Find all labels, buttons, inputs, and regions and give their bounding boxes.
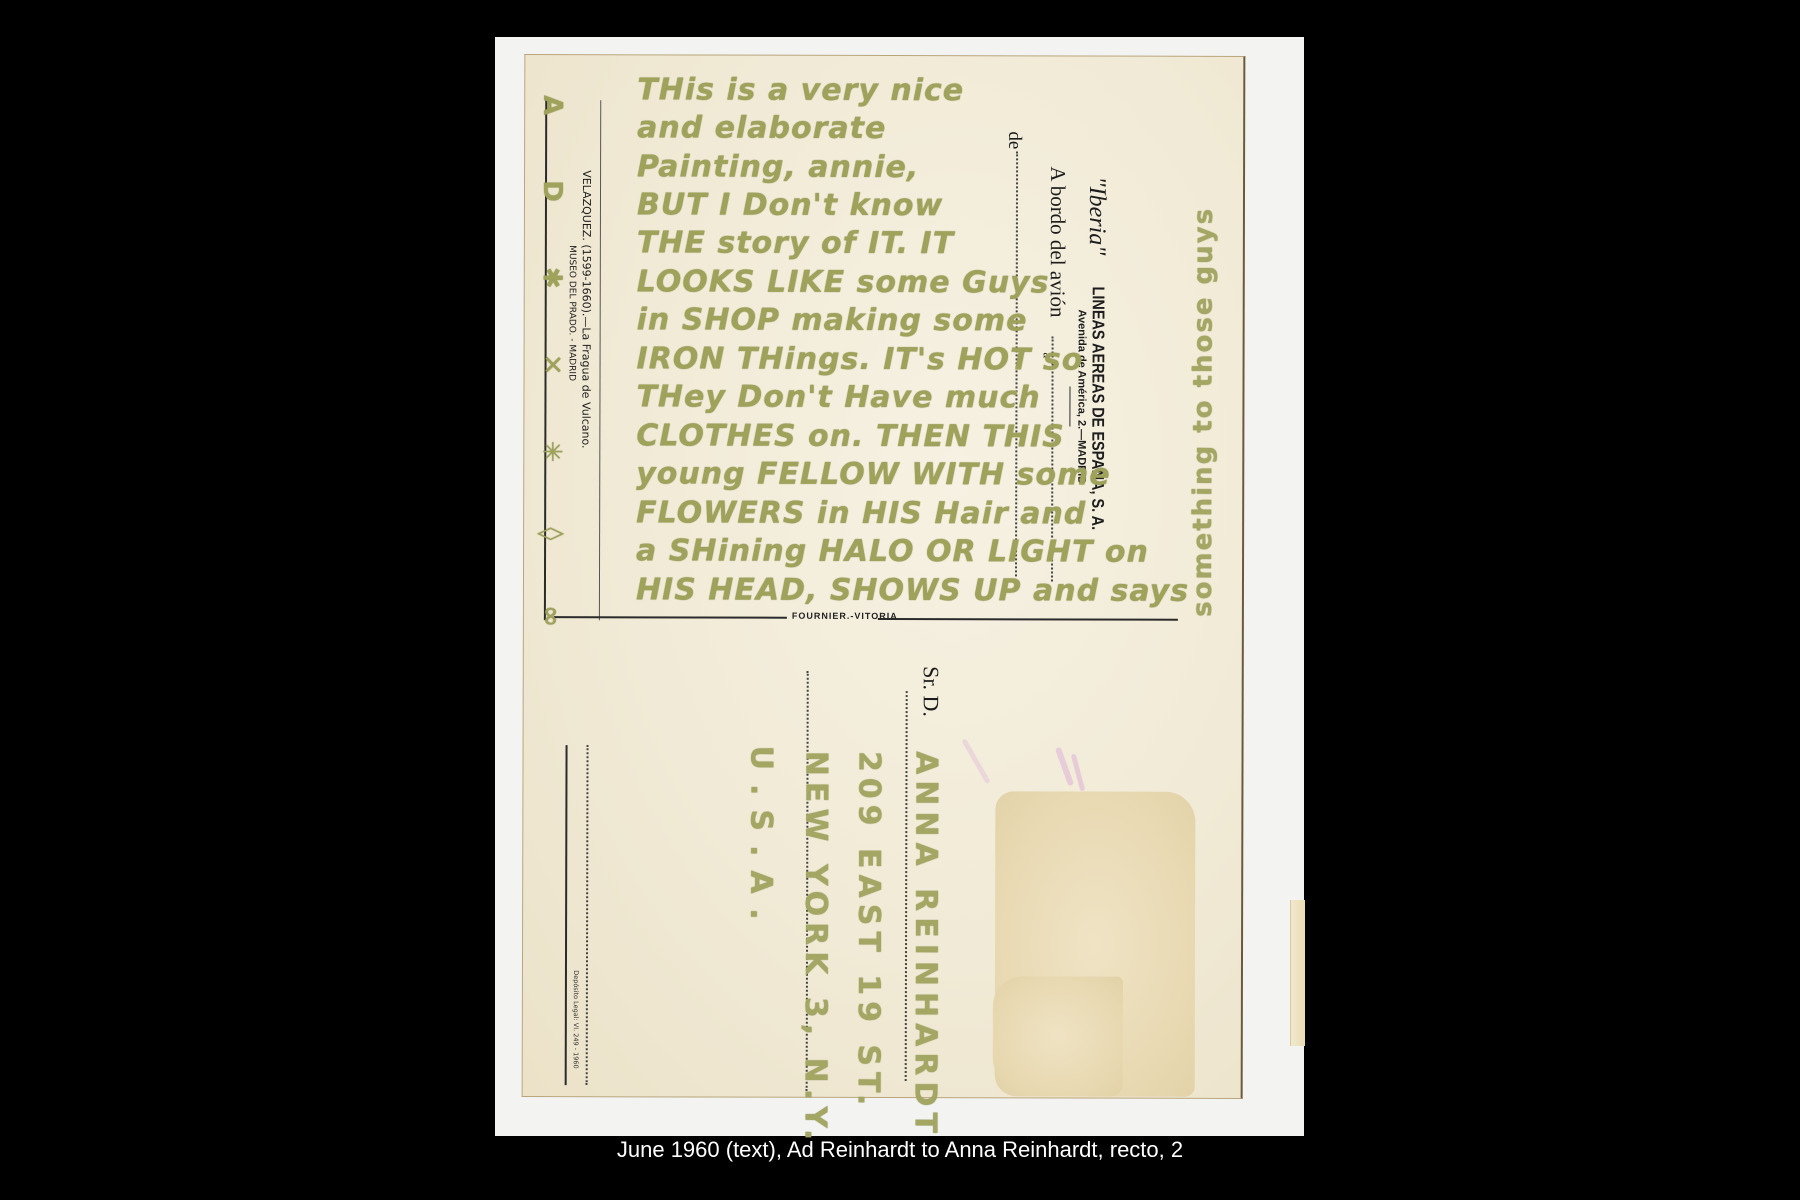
- postcard-verso: FOURNIER.-VITORIA "Iberia" LINEAS AEREAS…: [522, 54, 1246, 1099]
- center-divider-line-right: [878, 618, 1178, 621]
- address-line-name: ANNA REINHARDT: [908, 751, 944, 1139]
- margin-left-marks: A D ✱ ✕ ✳ ◊ ∞: [536, 95, 567, 655]
- margin-right-text: something to those guys: [1188, 207, 1219, 617]
- postmark-trace: [1055, 747, 1074, 787]
- address-line-country: U.S.A.: [743, 746, 778, 934]
- header-underline: [1069, 386, 1070, 426]
- printer-mark: FOURNIER.-VITORIA: [792, 611, 898, 621]
- artwork-caption-line1: VELAZQUEZ. (1599-1660).—La Fragua de Vul…: [579, 170, 593, 448]
- message-line-10: CLOTHES on. THEN THIS: [636, 421, 1065, 452]
- message-line-6: LOOKS LIKE some Guys: [637, 267, 1050, 298]
- artwork-caption-line2: MUSEO DEL PRADO. - MADRID: [567, 245, 577, 381]
- center-divider-line: [554, 616, 787, 619]
- message-line-3: Painting, annie,: [637, 152, 919, 183]
- message-line-7: in SHOP making some: [637, 305, 1028, 336]
- caption-border-line-2: [599, 100, 601, 620]
- adjacent-card-edge: [1290, 900, 1305, 1046]
- stamp-column-line: [565, 745, 568, 1085]
- message-line-4: BUT I Don't know: [637, 190, 943, 221]
- address-line-street: 209 EAST 19 ST.: [851, 751, 887, 1111]
- message-line-14: HIS HEAD, SHOWS UP and says: [636, 575, 1189, 606]
- message-line-5: THE story of IT. IT: [637, 228, 954, 259]
- stamp-column-dotted-line: [586, 745, 589, 1085]
- from-label: de: [1003, 131, 1025, 149]
- removed-stamp-stain-2: [993, 976, 1123, 1096]
- message-line-8: IRON THings. IT's HOT so: [637, 344, 1084, 375]
- message-line-1: THis is a very nice: [637, 75, 964, 106]
- message-line-2: and elaborate: [637, 113, 886, 144]
- airline-name: LINEAS AEREAS DE ESPAÑA, S. A.: [1087, 287, 1108, 531]
- iberia-brand: "Iberia": [1083, 177, 1110, 256]
- recipient-prefix: Sr. D.: [918, 666, 944, 717]
- image-caption: June 1960 (text), Ad Reinhardt to Anna R…: [0, 1137, 1800, 1163]
- message-line-12: FLOWERS in HIS Hair and: [636, 498, 1086, 529]
- postmark-trace-2: [1071, 754, 1086, 792]
- postmark-trace-3: [961, 738, 990, 784]
- message-line-13: a SHining HALO OR LIGHT on: [636, 536, 1149, 567]
- message-line-11: young FELLOW WITH some: [636, 459, 1110, 490]
- message-line-9: THey Don't Have much: [636, 382, 1040, 413]
- iberia-logo-text: "Iberia": [1084, 177, 1110, 256]
- address-line-city: NEW YORK 3, N.Y.: [798, 751, 834, 1147]
- legal-deposit: Depósito Legal: VI. 249 - 1960: [572, 970, 580, 1069]
